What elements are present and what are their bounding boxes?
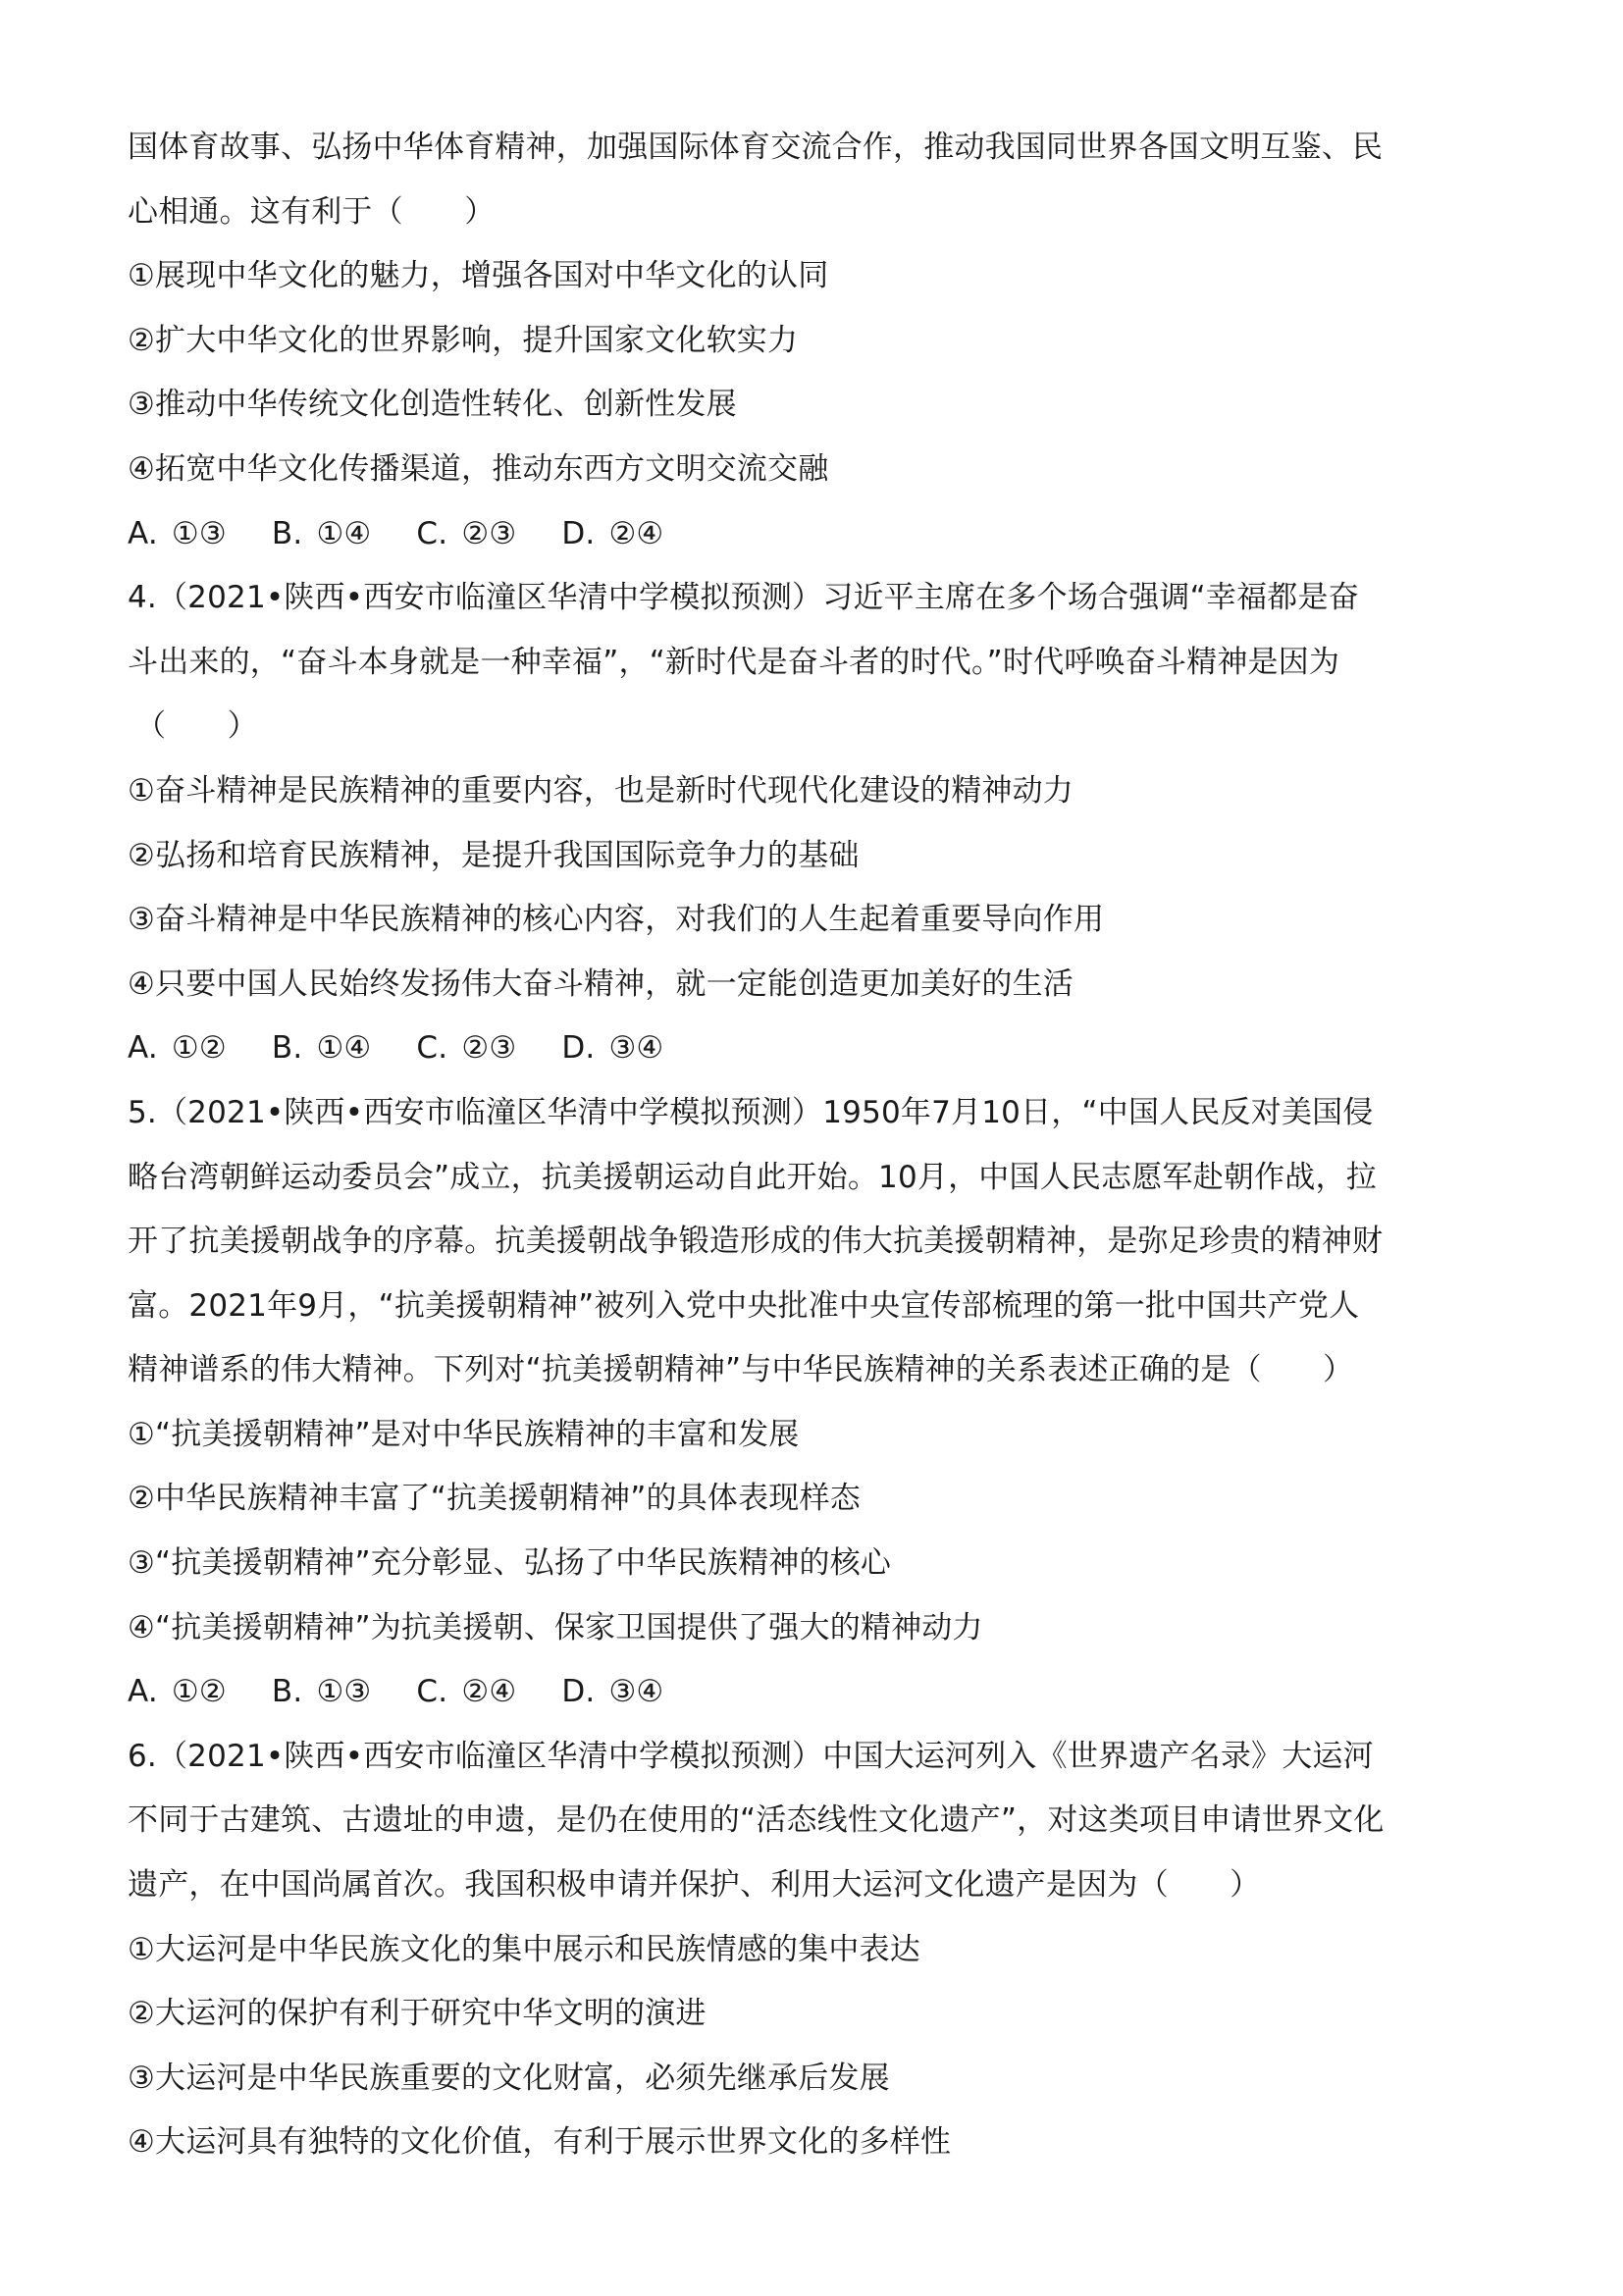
statement-3: ③大运河是中华民族重要的文化财富，必须先继承后发展: [128, 2047, 1501, 2112]
statement-4: ④只要中国人民始终发扬伟大奋斗精神，就一定能创造更加美好的生活: [128, 953, 1501, 1018]
option-b: B.①③: [272, 1660, 372, 1725]
question-stem-line: 富。2021年9月，“抗美援朝精神”被列入党中央批准中央宣传部梳理的第一批中国共…: [128, 1275, 1501, 1339]
option-letter: C.: [416, 1030, 447, 1066]
question-stem-line: 斗出来的，“奋斗本身就是一种幸福”，“新时代是奋斗者的时代。”时代呼唤奋斗精神是…: [128, 631, 1501, 696]
option-a: A.①②: [128, 1017, 227, 1081]
option-letter: A.: [128, 1030, 158, 1066]
answer-options: A.①② B.①③ C.②④ D.③④: [128, 1660, 1501, 1725]
option-c: C.②③: [416, 1017, 516, 1081]
option-d: D.②④: [561, 502, 663, 567]
statement-3: ③奋斗精神是中华民族精神的核心内容，对我们的人生起着重要导向作用: [128, 888, 1501, 953]
statement-3: ③推动中华传统文化创造性转化、创新性发展: [128, 373, 1501, 438]
option-d: D.③④: [561, 1660, 663, 1725]
option-letter: D.: [561, 1674, 595, 1709]
statement-2: ②弘扬和培育民族精神，是提升我国国际竞争力的基础: [128, 824, 1501, 889]
question-stem-line: 6.（2021•陕西•西安市临潼区华清中学模拟预测）中国大运河列入《世界遗产名录…: [128, 1725, 1501, 1790]
option-letter: A.: [128, 516, 158, 551]
statement-2: ②中华民族精神丰富了“抗美援朝精神”的具体表现样态: [128, 1467, 1501, 1532]
statement-1: ①大运河是中华民族文化的集中展示和民族情感的集中表达: [128, 1918, 1501, 1983]
statement-1: ①奋斗精神是民族精神的重要内容，也是新时代现代化建设的精神动力: [128, 759, 1501, 824]
question-6: 6.（2021•陕西•西安市临潼区华清中学模拟预测）中国大运河列入《世界遗产名录…: [128, 1725, 1501, 2175]
option-value: ①③: [316, 1674, 371, 1709]
question-stem-line: 国体育故事、弘扬中华体育精神，加强国际体育交流合作，推动我国同世界各国文明互鉴、…: [128, 116, 1501, 181]
answer-options: A.①③ B.①④ C.②③ D.②④: [128, 502, 1501, 567]
option-value: ②④: [461, 1674, 516, 1709]
statement-2: ②扩大中华文化的世界影响，提升国家文化软实力: [128, 309, 1501, 374]
option-value: ②③: [461, 516, 516, 551]
option-value: ②④: [608, 516, 663, 551]
question-stem-line: 略台湾朝鲜运动委员会”成立，抗美援朝运动自此开始。10月，中国人民志愿军赴朝作战…: [128, 1146, 1501, 1211]
question-stem-line: 精神谱系的伟大精神。下列对“抗美援朝精神”与中华民族精神的关系表述正确的是（ ）: [128, 1338, 1501, 1403]
statement-4: ④“抗美援朝精神”为抗美援朝、保家卫国提供了强大的精神动力: [128, 1596, 1501, 1661]
question-3-continuation: 国体育故事、弘扬中华体育精神，加强国际体育交流合作，推动我国同世界各国文明互鉴、…: [128, 116, 1501, 566]
option-letter: C.: [416, 1674, 447, 1709]
option-a: A.①③: [128, 502, 227, 567]
option-value: ②③: [461, 1030, 516, 1066]
option-value: ①④: [316, 1030, 371, 1066]
statement-1: ①“抗美援朝精神”是对中华民族精神的丰富和发展: [128, 1403, 1501, 1468]
option-letter: A.: [128, 1674, 158, 1709]
statement-2: ②大运河的保护有利于研究中华文明的演进: [128, 1982, 1501, 2047]
question-stem-line: 不同于古建筑、古遗址的申遗，是仍在使用的“活态线性文化遗产”，对这类项目申请世界…: [128, 1789, 1501, 1853]
statement-4: ④大运河具有独特的文化价值，有利于展示世界文化的多样性: [128, 2111, 1501, 2175]
option-value: ①④: [316, 516, 371, 551]
statement-3: ③“抗美援朝精神”充分彰显、弘扬了中华民族精神的核心: [128, 1532, 1501, 1596]
answer-blank: （ ）: [128, 695, 1501, 759]
question-stem-line: 遗产，在中国尚属首次。我国积极申请并保护、利用大运河文化遗产是因为（ ）: [128, 1853, 1501, 1918]
question-5: 5.（2021•陕西•西安市临潼区华清中学模拟预测）1950年7月10日，“中国…: [128, 1081, 1501, 1725]
question-stem-line: 开了抗美援朝战争的序幕。抗美援朝战争锻造形成的伟大抗美援朝精神，是弥足珍贵的精神…: [128, 1210, 1501, 1275]
option-value: ①②: [172, 1674, 227, 1709]
option-c: C.②④: [416, 1660, 516, 1725]
option-value: ①②: [172, 1030, 227, 1066]
option-value: ①③: [172, 516, 227, 551]
statement-1: ①展现中华文化的魅力，增强各国对中华文化的认同: [128, 244, 1501, 309]
option-c: C.②③: [416, 502, 516, 567]
option-letter: D.: [561, 516, 595, 551]
option-b: B.①④: [272, 502, 372, 567]
option-letter: B.: [272, 1030, 303, 1066]
question-stem-line: 心相通。这有利于（ ）: [128, 181, 1501, 245]
question-stem-line: 5.（2021•陕西•西安市临潼区华清中学模拟预测）1950年7月10日，“中国…: [128, 1081, 1501, 1146]
option-letter: B.: [272, 1674, 303, 1709]
option-letter: D.: [561, 1030, 595, 1066]
option-d: D.③④: [561, 1017, 663, 1081]
option-value: ③④: [608, 1030, 663, 1066]
question-stem-line: 4.（2021•陕西•西安市临潼区华清中学模拟预测）习近平主席在多个场合强调“幸…: [128, 566, 1501, 631]
answer-options: A.①② B.①④ C.②③ D.③④: [128, 1017, 1501, 1081]
option-letter: B.: [272, 516, 303, 551]
statement-4: ④拓宽中华文化传播渠道，推动东西方文明交流交融: [128, 438, 1501, 502]
exam-page: 国体育故事、弘扬中华体育精神，加强国际体育交流合作，推动我国同世界各国文明互鉴、…: [128, 116, 1501, 2175]
option-value: ③④: [608, 1674, 663, 1709]
option-a: A.①②: [128, 1660, 227, 1725]
question-4: 4.（2021•陕西•西安市临潼区华清中学模拟预测）习近平主席在多个场合强调“幸…: [128, 566, 1501, 1081]
option-letter: C.: [416, 516, 447, 551]
option-b: B.①④: [272, 1017, 372, 1081]
